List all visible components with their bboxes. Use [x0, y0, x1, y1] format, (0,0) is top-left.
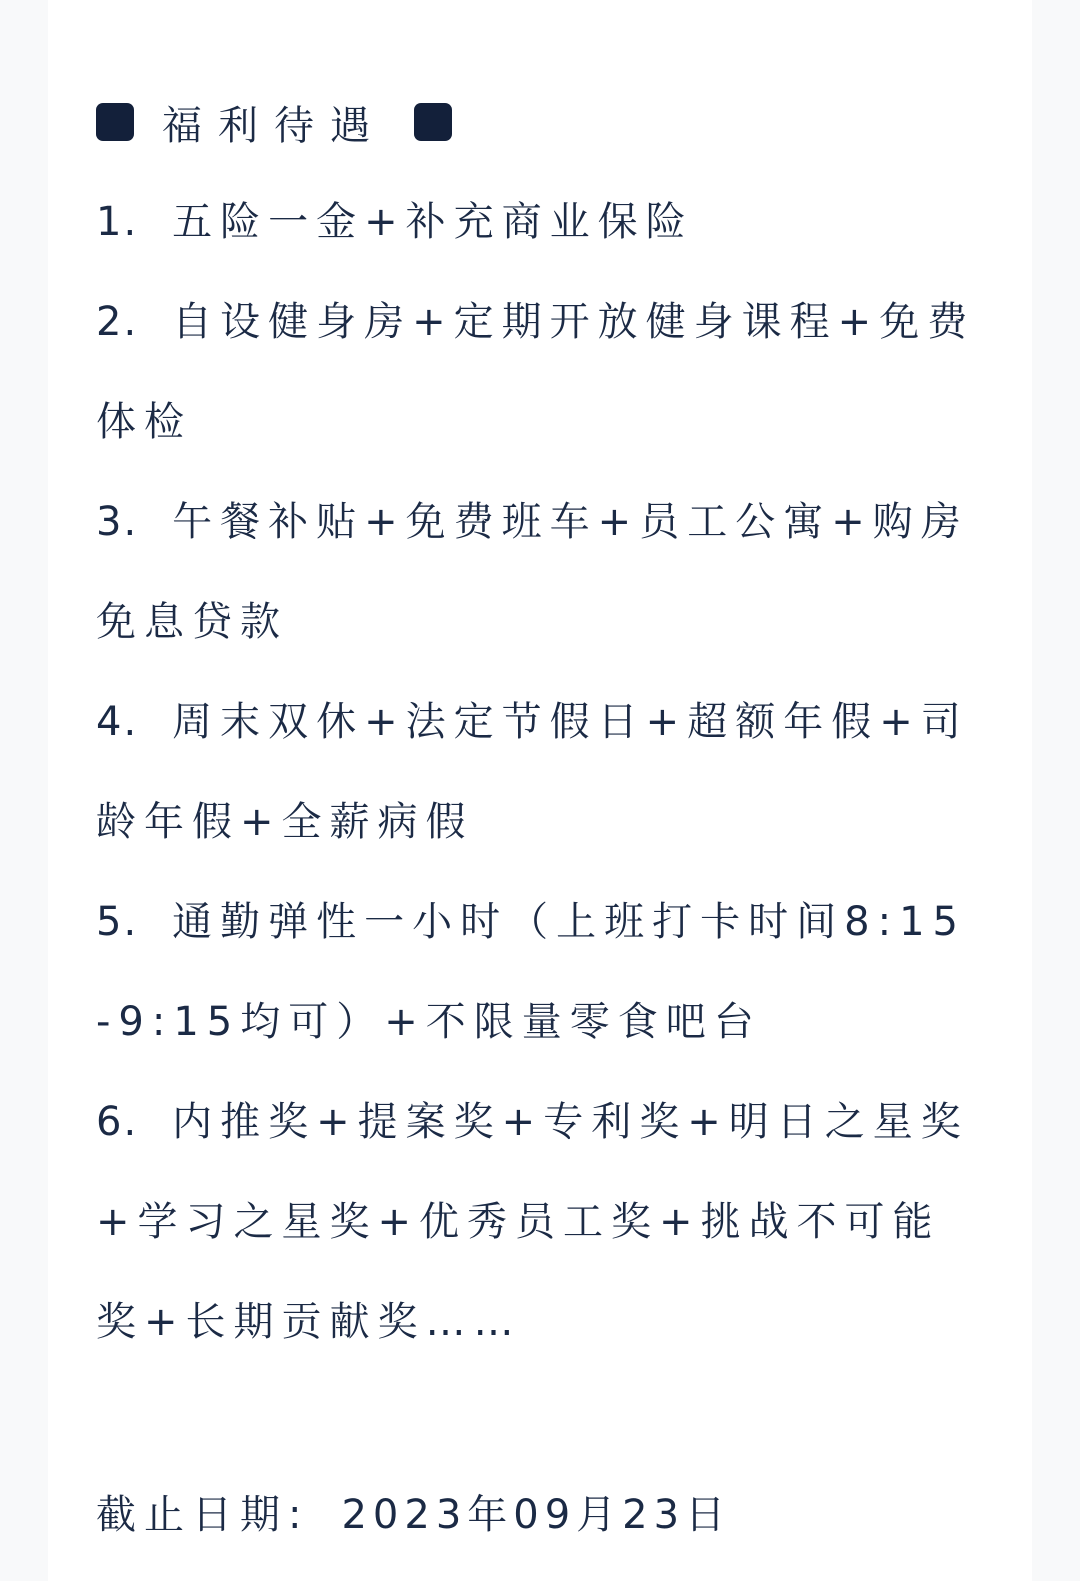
right-margin-strip: [1032, 0, 1080, 1581]
item-number: 3.: [96, 472, 138, 572]
item-number: 2.: [96, 272, 138, 372]
item-text: 周末双休+法定节假日+超额年假+司龄年假+全薪病假: [96, 699, 969, 845]
deadline-label: 截止日期:: [96, 1492, 309, 1538]
benefits-list: 1.五险一金+补充商业保险 2.自设健身房+定期开放健身课程+免费体检 3.午餐…: [96, 172, 984, 1372]
item-text: 自设健身房+定期开放健身课程+免费体检: [96, 299, 975, 445]
section-title: 福利待遇: [162, 94, 386, 151]
item-number: 5.: [96, 872, 138, 972]
item-number: 6.: [96, 1072, 138, 1172]
benefits-poster: 福利待遇 1.五险一金+补充商业保险 2.自设健身房+定期开放健身课程+免费体检…: [0, 0, 1080, 1581]
item-text: 五险一金+补充商业保险: [172, 199, 694, 245]
deadline-date: 2023年09月23日: [341, 1492, 731, 1538]
square-bullet-icon: [414, 103, 452, 141]
square-bullet-icon: [96, 103, 134, 141]
benefit-item: 1.五险一金+补充商业保险: [96, 172, 984, 272]
item-number: 4.: [96, 672, 138, 772]
benefit-item: 5.通勤弹性一小时（上班打卡时间8:15-9:15均可）+不限量零食吧台: [96, 872, 984, 1072]
item-text: 通勤弹性一小时（上班打卡时间8:15-9:15均可）+不限量零食吧台: [96, 899, 966, 1045]
document-card: 福利待遇 1.五险一金+补充商业保险 2.自设健身房+定期开放健身课程+免费体检…: [48, 0, 1032, 1581]
deadline-line: 截止日期:2023年09月23日: [96, 1465, 731, 1565]
left-margin-strip: [0, 0, 48, 1581]
item-text: 午餐补贴+免费班车+员工公寓+购房免息贷款: [96, 499, 969, 645]
item-number: 1.: [96, 172, 138, 272]
item-text: 内推奖+提案奖+专利奖+明日之星奖+学习之星奖+优秀员工奖+挑战不可能奖+长期贡…: [96, 1099, 969, 1345]
benefit-item: 6.内推奖+提案奖+专利奖+明日之星奖+学习之星奖+优秀员工奖+挑战不可能奖+长…: [96, 1072, 984, 1372]
benefit-item: 2.自设健身房+定期开放健身课程+免费体检: [96, 272, 984, 472]
benefit-item: 4.周末双休+法定节假日+超额年假+司龄年假+全薪病假: [96, 672, 984, 872]
section-header: 福利待遇: [96, 72, 984, 172]
benefit-item: 3.午餐补贴+免费班车+员工公寓+购房免息贷款: [96, 472, 984, 672]
